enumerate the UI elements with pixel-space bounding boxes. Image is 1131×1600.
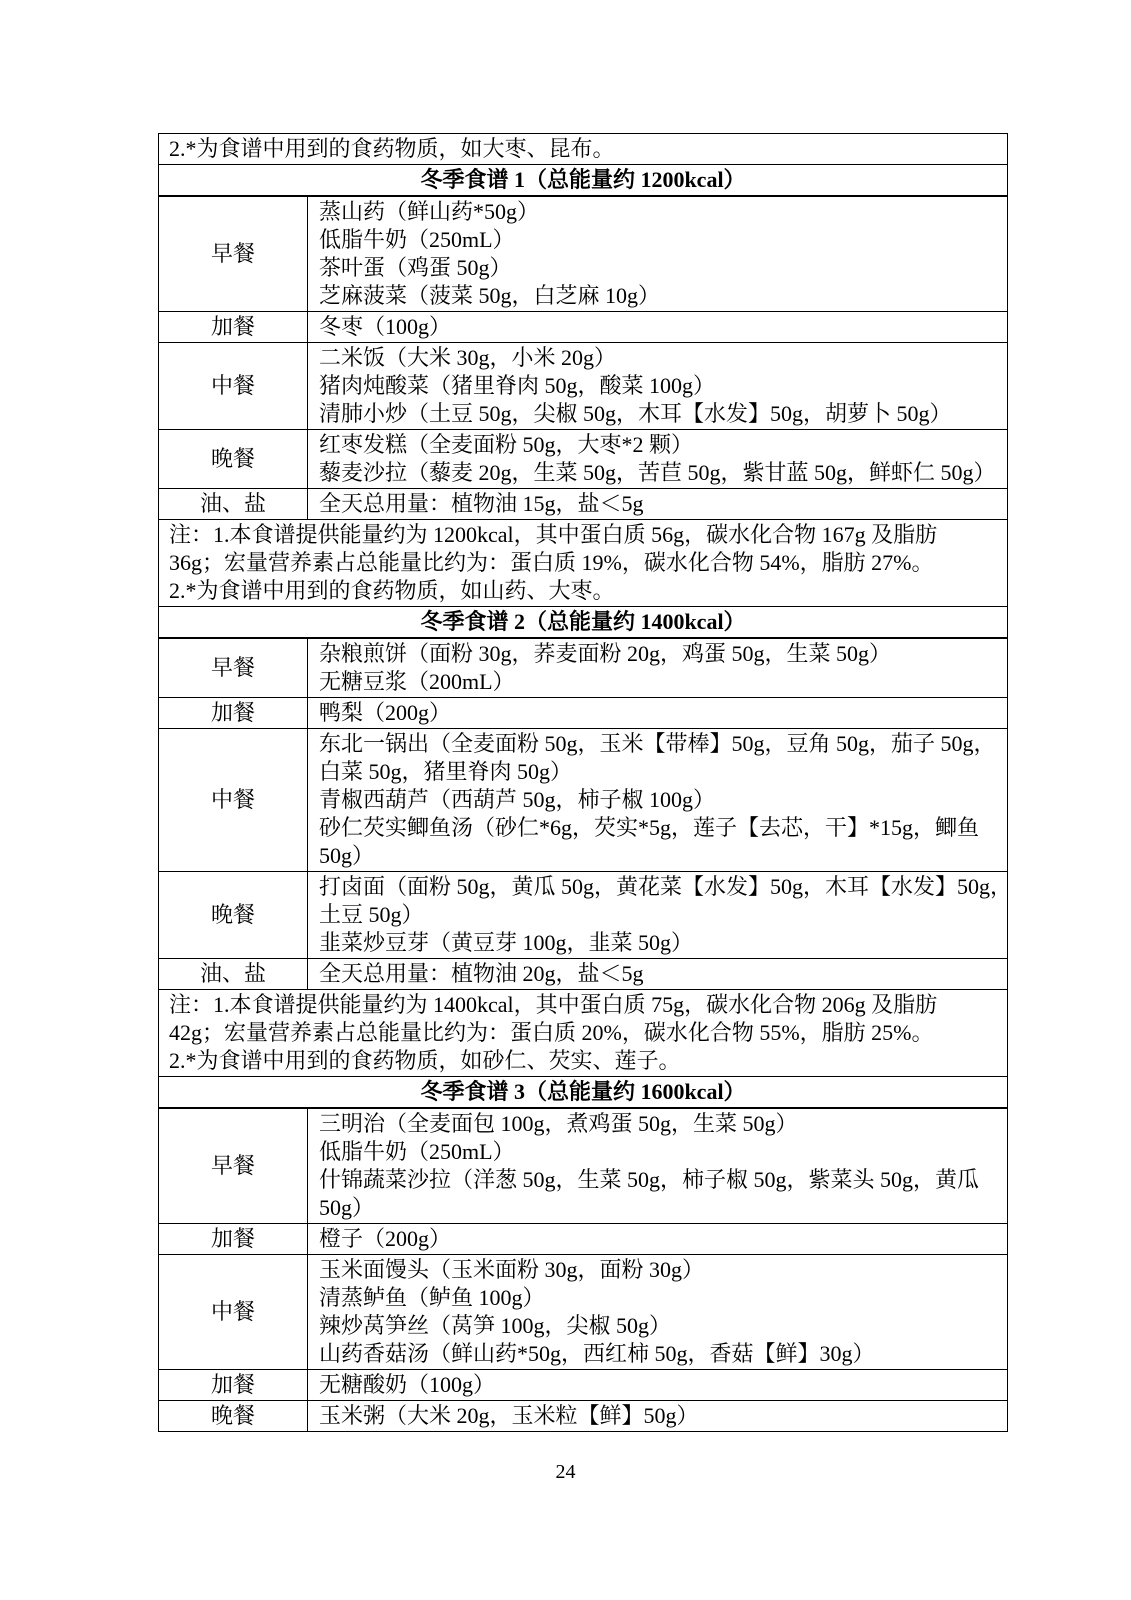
meal-label: 加餐 xyxy=(159,313,307,341)
dish-line: 辣炒莴笋丝（莴笋 100g，尖椒 50g） xyxy=(319,1312,1003,1340)
meal-row: 早餐杂粮煎饼（面粉 30g，荞麦面粉 20g，鸡蛋 50g，生菜 50g）无糖豆… xyxy=(159,638,1008,698)
meal-label: 中餐 xyxy=(159,786,307,814)
dish-line: 打卤面（面粉 50g，黄瓜 50g，黄花菜【水发】50g，木耳【水发】50g， xyxy=(319,873,1003,901)
dish-line: 清肺小炒（土豆 50g，尖椒 50g，木耳【水发】50g，胡萝卜 50g） xyxy=(319,400,1003,428)
meal-row: 晚餐红枣发糕（全麦面粉 50g，大枣*2 颗）藜麦沙拉（藜麦 20g，生菜 50… xyxy=(159,430,1008,489)
note-line: 2.*为食谱中用到的食药物质，如山药、大枣。 xyxy=(169,577,1003,605)
meal-content-cell: 玉米面馒头（玉米面粉 30g，面粉 30g）清蒸鲈鱼（鲈鱼 100g）辣炒莴笋丝… xyxy=(308,1255,1008,1370)
dish-line: 三明治（全麦面包 100g，煮鸡蛋 50g，生菜 50g） xyxy=(319,1110,1003,1138)
meal-label: 早餐 xyxy=(159,240,307,268)
meal-label-cell: 加餐 xyxy=(159,1370,308,1401)
meal-label: 加餐 xyxy=(159,699,307,727)
dish-line: 什锦蔬菜沙拉（洋葱 50g，生菜 50g，柿子椒 50g，紫菜头 50g，黄瓜 xyxy=(319,1166,1003,1194)
top-note-row: 2.*为食谱中用到的食药物质，如大枣、昆布。 xyxy=(159,134,1008,165)
meal-row: 油、盐全天总用量：植物油 15g，盐＜5g xyxy=(159,489,1008,520)
meal-row: 晚餐玉米粥（大米 20g，玉米粒【鲜】50g） xyxy=(159,1401,1008,1432)
dish-line: 玉米粥（大米 20g，玉米粒【鲜】50g） xyxy=(319,1402,1003,1430)
meal-label: 油、盐 xyxy=(159,960,307,988)
meal-content-cell: 红枣发糕（全麦面粉 50g，大枣*2 颗）藜麦沙拉（藜麦 20g，生菜 50g，… xyxy=(308,430,1008,489)
recipe-table: 2.*为食谱中用到的食药物质，如大枣、昆布。冬季食谱 1（总能量约 1200kc… xyxy=(158,133,1008,1432)
dish-line: 茶叶蛋（鸡蛋 50g） xyxy=(319,254,1003,282)
dish-line: 鸭梨（200g） xyxy=(319,699,1003,727)
meal-row: 加餐无糖酸奶（100g） xyxy=(159,1370,1008,1401)
dish-line: 清蒸鲈鱼（鲈鱼 100g） xyxy=(319,1284,1003,1312)
dish-line: 二米饭（大米 30g，小米 20g） xyxy=(319,344,1003,372)
note-line: 注：1.本食谱提供能量约为 1200kcal，其中蛋白质 56g，碳水化合物 1… xyxy=(169,521,1003,549)
meal-content-cell: 玉米粥（大米 20g，玉米粒【鲜】50g） xyxy=(308,1401,1008,1432)
meal-content-cell: 全天总用量：植物油 20g，盐＜5g xyxy=(308,959,1008,990)
meal-label: 中餐 xyxy=(159,372,307,400)
top-note-cell: 2.*为食谱中用到的食药物质，如大枣、昆布。 xyxy=(159,134,1008,165)
meal-content-cell: 全天总用量：植物油 15g，盐＜5g xyxy=(308,489,1008,520)
meal-content-cell: 冬枣（100g） xyxy=(308,312,1008,343)
note-cell: 注：1.本食谱提供能量约为 1200kcal，其中蛋白质 56g，碳水化合物 1… xyxy=(159,520,1008,607)
section-header-row: 冬季食谱 2（总能量约 1400kcal） xyxy=(159,607,1008,639)
dish-line: 韭菜炒豆芽（黄豆芽 100g，韭菜 50g） xyxy=(319,929,1003,957)
meal-content-cell: 无糖酸奶（100g） xyxy=(308,1370,1008,1401)
dish-line: 无糖酸奶（100g） xyxy=(319,1371,1003,1399)
meal-content-cell: 打卤面（面粉 50g，黄瓜 50g，黄花菜【水发】50g，木耳【水发】50g，土… xyxy=(308,872,1008,959)
section-title: 冬季食谱 1（总能量约 1200kcal） xyxy=(159,166,1007,194)
dish-line: 白菜 50g，猪里脊肉 50g） xyxy=(319,758,1003,786)
meal-row: 早餐三明治（全麦面包 100g，煮鸡蛋 50g，生菜 50g）低脂牛奶（250m… xyxy=(159,1108,1008,1224)
meal-label-cell: 早餐 xyxy=(159,638,308,698)
dish-line: 50g） xyxy=(319,842,1003,870)
meal-content-cell: 杂粮煎饼（面粉 30g，荞麦面粉 20g，鸡蛋 50g，生菜 50g）无糖豆浆（… xyxy=(308,638,1008,698)
dish-line: 50g） xyxy=(319,1194,1003,1222)
dish-line: 冬枣（100g） xyxy=(319,313,1003,341)
meal-label-cell: 中餐 xyxy=(159,1255,308,1370)
dish-line: 全天总用量：植物油 15g，盐＜5g xyxy=(319,490,1003,518)
dish-line: 砂仁芡实鲫鱼汤（砂仁*6g，芡实*5g，莲子【去芯，干】*15g，鲫鱼 xyxy=(319,814,1003,842)
top-note-line: 2.*为食谱中用到的食药物质，如大枣、昆布。 xyxy=(169,135,1003,163)
section-title-cell: 冬季食谱 3（总能量约 1600kcal） xyxy=(159,1077,1008,1109)
meal-content-cell: 三明治（全麦面包 100g，煮鸡蛋 50g，生菜 50g）低脂牛奶（250mL）… xyxy=(308,1108,1008,1224)
meal-label: 中餐 xyxy=(159,1298,307,1326)
dish-line: 芝麻菠菜（菠菜 50g，白芝麻 10g） xyxy=(319,282,1003,310)
note-line: 42g；宏量营养素占总能量比约为：蛋白质 20%，碳水化合物 55%，脂肪 25… xyxy=(169,1019,1003,1047)
dish-line: 橙子（200g） xyxy=(319,1225,1003,1253)
dish-line: 杂粮煎饼（面粉 30g，荞麦面粉 20g，鸡蛋 50g，生菜 50g） xyxy=(319,640,1003,668)
dish-line: 低脂牛奶（250mL） xyxy=(319,1138,1003,1166)
meal-label: 早餐 xyxy=(159,1152,307,1180)
meal-label-cell: 油、盐 xyxy=(159,959,308,990)
meal-content-cell: 二米饭（大米 30g，小米 20g）猪肉炖酸菜（猪里脊肉 50g，酸菜 100g… xyxy=(308,343,1008,430)
dish-line: 低脂牛奶（250mL） xyxy=(319,226,1003,254)
meal-label-cell: 中餐 xyxy=(159,729,308,872)
dish-line: 全天总用量：植物油 20g，盐＜5g xyxy=(319,960,1003,988)
meal-label-cell: 中餐 xyxy=(159,343,308,430)
meal-label: 加餐 xyxy=(159,1371,307,1399)
section-header-row: 冬季食谱 3（总能量约 1600kcal） xyxy=(159,1077,1008,1109)
meal-label: 油、盐 xyxy=(159,490,307,518)
meal-label: 加餐 xyxy=(159,1225,307,1253)
note-line: 36g；宏量营养素占总能量比约为：蛋白质 19%，碳水化合物 54%，脂肪 27… xyxy=(169,549,1003,577)
dish-line: 青椒西葫芦（西葫芦 50g，柿子椒 100g） xyxy=(319,786,1003,814)
meal-label-cell: 晚餐 xyxy=(159,872,308,959)
note-cell: 注：1.本食谱提供能量约为 1400kcal，其中蛋白质 75g，碳水化合物 2… xyxy=(159,990,1008,1077)
meal-label-cell: 晚餐 xyxy=(159,1401,308,1432)
section-title-cell: 冬季食谱 2（总能量约 1400kcal） xyxy=(159,607,1008,639)
section-title: 冬季食谱 2（总能量约 1400kcal） xyxy=(159,608,1007,636)
meal-label: 晚餐 xyxy=(159,445,307,473)
dish-line: 东北一锅出（全麦面粉 50g，玉米【带棒】50g，豆角 50g，茄子 50g， xyxy=(319,730,1003,758)
meal-row: 加餐橙子（200g） xyxy=(159,1224,1008,1255)
meal-label: 早餐 xyxy=(159,654,307,682)
note-line: 注：1.本食谱提供能量约为 1400kcal，其中蛋白质 75g，碳水化合物 2… xyxy=(169,991,1003,1019)
section-title: 冬季食谱 3（总能量约 1600kcal） xyxy=(159,1078,1007,1106)
meal-content-cell: 东北一锅出（全麦面粉 50g，玉米【带棒】50g，豆角 50g，茄子 50g，白… xyxy=(308,729,1008,872)
section-header-row: 冬季食谱 1（总能量约 1200kcal） xyxy=(159,165,1008,197)
meal-row: 加餐冬枣（100g） xyxy=(159,312,1008,343)
dish-line: 蒸山药（鲜山药*50g） xyxy=(319,198,1003,226)
note-line: 2.*为食谱中用到的食药物质，如砂仁、芡实、莲子。 xyxy=(169,1047,1003,1075)
meal-label-cell: 加餐 xyxy=(159,698,308,729)
meal-content-cell: 蒸山药（鲜山药*50g）低脂牛奶（250mL）茶叶蛋（鸡蛋 50g）芝麻菠菜（菠… xyxy=(308,196,1008,312)
meal-label: 晚餐 xyxy=(159,901,307,929)
meal-row: 早餐蒸山药（鲜山药*50g）低脂牛奶（250mL）茶叶蛋（鸡蛋 50g）芝麻菠菜… xyxy=(159,196,1008,312)
meal-row: 中餐玉米面馒头（玉米面粉 30g，面粉 30g）清蒸鲈鱼（鲈鱼 100g）辣炒莴… xyxy=(159,1255,1008,1370)
document-page: 2.*为食谱中用到的食药物质，如大枣、昆布。冬季食谱 1（总能量约 1200kc… xyxy=(0,0,1131,1600)
dish-line: 藜麦沙拉（藜麦 20g，生菜 50g，苦苣 50g，紫甘蓝 50g，鲜虾仁 50… xyxy=(319,459,1003,487)
meal-label-cell: 晚餐 xyxy=(159,430,308,489)
note-row: 注：1.本食谱提供能量约为 1200kcal，其中蛋白质 56g，碳水化合物 1… xyxy=(159,520,1008,607)
dish-line: 红枣发糕（全麦面粉 50g，大枣*2 颗） xyxy=(319,431,1003,459)
dish-line: 玉米面馒头（玉米面粉 30g，面粉 30g） xyxy=(319,1256,1003,1284)
meal-label-cell: 早餐 xyxy=(159,196,308,312)
meal-label-cell: 油、盐 xyxy=(159,489,308,520)
meal-row: 加餐鸭梨（200g） xyxy=(159,698,1008,729)
meal-row: 中餐东北一锅出（全麦面粉 50g，玉米【带棒】50g，豆角 50g，茄子 50g… xyxy=(159,729,1008,872)
meal-label-cell: 加餐 xyxy=(159,1224,308,1255)
recipe-table-body: 2.*为食谱中用到的食药物质，如大枣、昆布。冬季食谱 1（总能量约 1200kc… xyxy=(159,134,1008,1432)
dish-line: 土豆 50g） xyxy=(319,901,1003,929)
meal-row: 晚餐打卤面（面粉 50g，黄瓜 50g，黄花菜【水发】50g，木耳【水发】50g… xyxy=(159,872,1008,959)
section-title-cell: 冬季食谱 1（总能量约 1200kcal） xyxy=(159,165,1008,197)
meal-label-cell: 早餐 xyxy=(159,1108,308,1224)
page-number: 24 xyxy=(0,1460,1131,1484)
meal-label: 晚餐 xyxy=(159,1402,307,1430)
dish-line: 猪肉炖酸菜（猪里脊肉 50g，酸菜 100g） xyxy=(319,372,1003,400)
meal-content-cell: 橙子（200g） xyxy=(308,1224,1008,1255)
meal-row: 中餐二米饭（大米 30g，小米 20g）猪肉炖酸菜（猪里脊肉 50g，酸菜 10… xyxy=(159,343,1008,430)
meal-row: 油、盐全天总用量：植物油 20g，盐＜5g xyxy=(159,959,1008,990)
dish-line: 山药香菇汤（鲜山药*50g，西红柿 50g，香菇【鲜】30g） xyxy=(319,1340,1003,1368)
meal-content-cell: 鸭梨（200g） xyxy=(308,698,1008,729)
note-row: 注：1.本食谱提供能量约为 1400kcal，其中蛋白质 75g，碳水化合物 2… xyxy=(159,990,1008,1077)
dish-line: 无糖豆浆（200mL） xyxy=(319,668,1003,696)
meal-label-cell: 加餐 xyxy=(159,312,308,343)
